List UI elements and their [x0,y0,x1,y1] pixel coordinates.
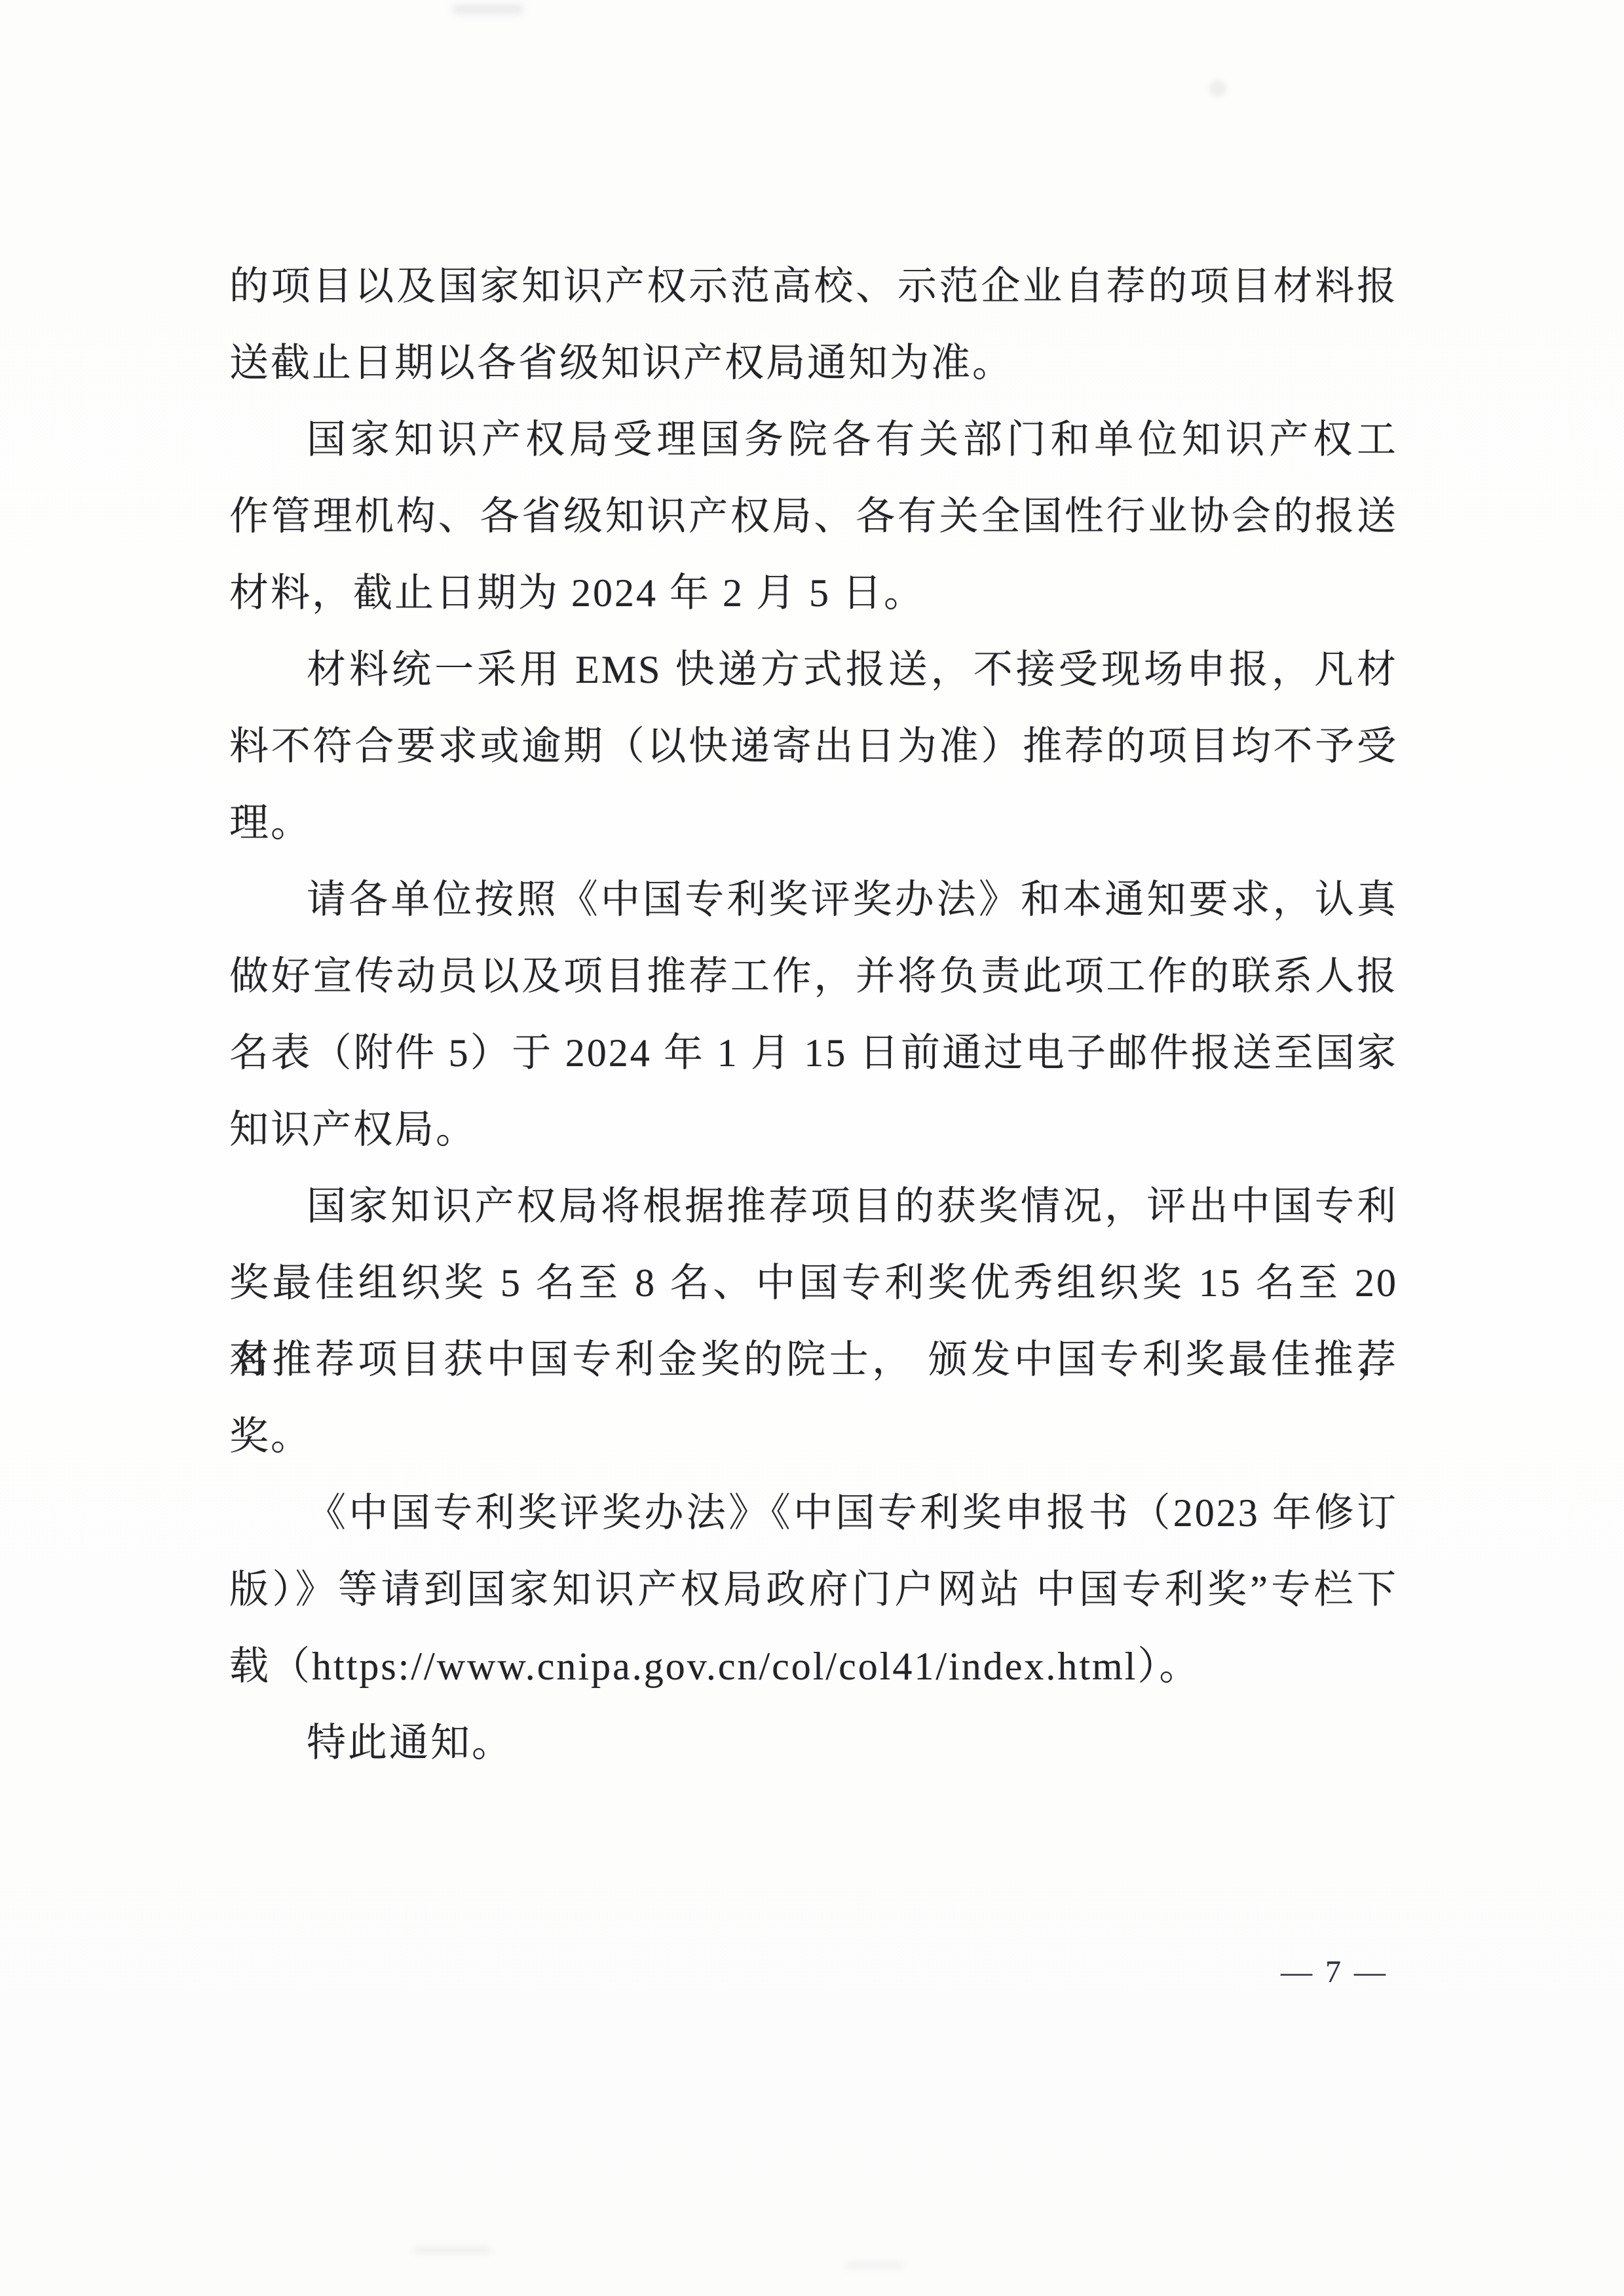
document-line-20: 特此通知。 [229,1705,1398,1782]
document-line-3: 国家知识产权局受理国务院各有关部门和单位知识产权工 [229,402,1398,478]
document-line-2: 送截止日期以各省级知识产权局通知为准。 [229,325,1398,402]
document-line-14: 奖最佳组织奖 5 名至 8 名、中国专利奖优秀组织奖 15 名至 20 名， [229,1245,1398,1322]
document-line-16: 奖。 [229,1398,1398,1475]
page-number: — 7 — [1263,1949,1406,1995]
scan-smudge [452,4,524,14]
document-line-12: 知识产权局。 [229,1092,1398,1168]
document-line-1: 的项目以及国家知识产权示范高校、示范企业自荐的项目材料报 [229,248,1398,325]
document-line-6: 材料统一采用 EMS 快递方式报送，不接受现场申报，凡材 [229,632,1398,708]
document-line-13: 国家知识产权局将根据推荐项目的获奖情况，评出中国专利 [229,1168,1398,1245]
scan-smudge [1209,80,1226,97]
scanned-document-page: 的项目以及国家知识产权示范高校、示范企业自荐的项目材料报 送截止日期以各省级知识… [0,0,1624,2296]
document-line-4: 作管理机构、各省级知识产权局、各有关全国性行业协会的报送 [229,478,1398,555]
document-line-9: 请各单位按照《中国专利奖评奖办法》和本通知要求，认真 [229,862,1398,938]
scan-smudge [413,2246,491,2254]
scan-smudge [845,2262,904,2268]
document-line-19: 载（https://www.cnipa.gov.cn/col/col41/ind… [229,1628,1398,1705]
document-body: 的项目以及国家知识产权示范高校、示范企业自荐的项目材料报 送截止日期以各省级知识… [229,248,1398,1782]
document-line-10: 做好宣传动员以及项目推荐工作，并将负责此项工作的联系人报 [229,938,1398,1015]
document-line-8: 理。 [229,785,1398,862]
document-line-18: 版）》等请到国家知识产权局政府门户网站 中国专利奖”专栏下 [229,1552,1398,1628]
document-line-17: 《中国专利奖评奖办法》《中国专利奖申报书（2023 年修订 [229,1475,1398,1552]
document-line-15: 对推荐项目获中国专利金奖的院士， 颁发中国专利奖最佳推荐 [229,1322,1398,1398]
document-line-11: 名表（附件 5）于 2024 年 1 月 15 日前通过电子邮件报送至国家 [229,1015,1398,1092]
document-line-5: 材料，截止日期为 2024 年 2 月 5 日。 [229,555,1398,632]
document-line-7: 料不符合要求或逾期（以快递寄出日为准）推荐的项目均不予受 [229,708,1398,785]
